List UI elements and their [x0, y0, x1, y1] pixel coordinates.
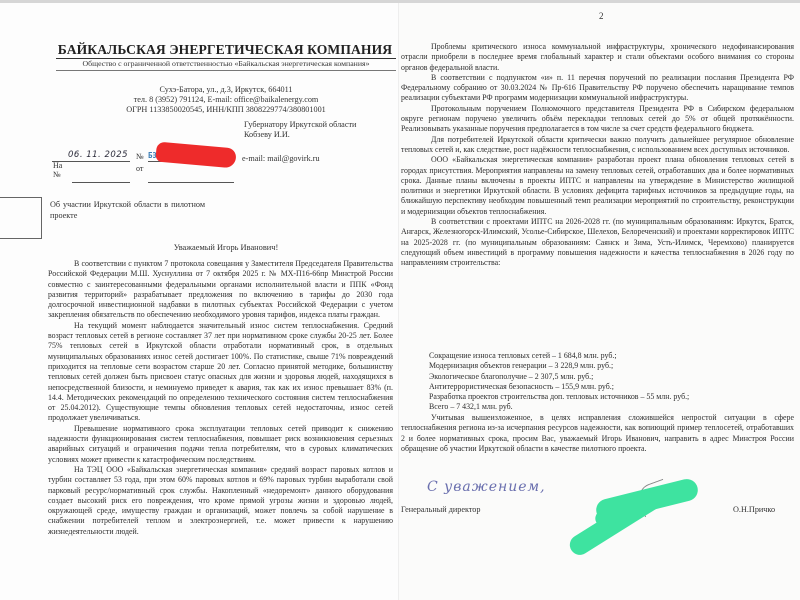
- investment-item: Сокращение износа тепловых сетей – 1 684…: [429, 351, 789, 361]
- registration-stamp-box: [0, 197, 42, 239]
- paragraph: На ТЭЦ ООО «Байкальская энергетическая к…: [48, 465, 393, 537]
- addressee-title: Губернатору Иркутской области: [244, 120, 356, 130]
- signatory-name: О.Н.Причко: [733, 505, 775, 514]
- addressee-name: Кобзеву И.И.: [244, 130, 356, 140]
- investment-item: Модернизация объектов генерации – 3 228,…: [429, 361, 789, 371]
- signatory-title: Генеральный директор: [401, 505, 481, 514]
- investment-list: Сокращение износа тепловых сетей – 1 684…: [429, 351, 789, 413]
- paragraph: Для потребителей Иркутской области крити…: [401, 135, 794, 156]
- salutation: Уважаемый Игорь Иванович!: [56, 243, 396, 252]
- reply-number-line: [72, 182, 130, 183]
- paragraph: В соответствии с пунктом 7 протокола сов…: [48, 259, 393, 321]
- company-legal-name: Общество с ограниченной ответственностью…: [56, 59, 396, 68]
- company-contacts: тел. 8 (3952) 791124, E-mail: office@bai…: [56, 95, 396, 105]
- letterhead-rule-bottom: [56, 70, 396, 71]
- handwritten-closing: С уважением,: [427, 479, 546, 495]
- letter-page-2: 2 Проблемы критического износа коммуналь…: [399, 3, 800, 600]
- letter-subject: Об участии Иркутской области в пилотном …: [50, 199, 205, 221]
- paragraph: В соответствии с проектами ИПТС на 2026-…: [401, 217, 794, 268]
- final-paragraph-block: Учитывая вышеизложенное, в целях исправл…: [401, 413, 794, 454]
- investment-item: Разработка проектов строительства доп. т…: [429, 392, 789, 402]
- company-name: БАЙКАЛЬСКАЯ ЭНЕРГЕТИЧЕСКАЯ КОМПАНИЯ: [55, 42, 395, 58]
- number-symbol: №: [136, 152, 144, 161]
- paragraph: ООО «Байкальская энергетическая компания…: [401, 155, 794, 217]
- date-line: [52, 161, 130, 162]
- paragraph: Превышение нормативного срока эксплуатац…: [48, 424, 393, 465]
- reply-date-line: [148, 182, 234, 183]
- paragraph: Учитывая вышеизложенное, в целях исправл…: [401, 413, 794, 454]
- paragraph: Проблемы критического износа коммунально…: [401, 42, 794, 73]
- outgoing-date: 06. 11. 2025: [68, 150, 128, 160]
- paragraph: В соответствии с подпунктом «и» п. 11 пе…: [401, 73, 794, 104]
- paragraph: Протокольным поручением Полномочного пре…: [401, 104, 794, 135]
- reply-no-label: №: [53, 170, 61, 179]
- letter-page-1: БАЙКАЛЬСКАЯ ЭНЕРГЕТИЧЕСКАЯ КОМПАНИЯ Обще…: [0, 3, 398, 600]
- company-registration: ОГРН 1133850020545, ИНН/КПП 3808229774/3…: [56, 105, 396, 115]
- investment-item: Экологическое благополучие – 2 307,5 млн…: [429, 372, 789, 382]
- investment-item: Антитеррористическая безопасность – 155,…: [429, 382, 789, 392]
- reply-on-label: На: [53, 161, 62, 170]
- page2-body: Проблемы критического износа коммунально…: [401, 42, 794, 269]
- page-number: 2: [599, 11, 604, 21]
- investment-total: Всего – 7 432,1 млн. руб.: [429, 402, 789, 412]
- page1-body: В соответствии с пунктом 7 протокола сов…: [48, 259, 393, 537]
- paragraph: На текущий момент наблюдается значительн…: [48, 321, 393, 424]
- addressee-email: e-mail: mail@govirk.ru: [242, 154, 320, 163]
- addressee-block: Губернатору Иркутской области Кобзеву И.…: [244, 120, 356, 140]
- company-address: Сухэ-Батора, ул., д.3, Иркутск, 664011: [56, 85, 396, 95]
- red-redaction-mark: [155, 142, 236, 169]
- reply-from-label: от: [136, 164, 143, 173]
